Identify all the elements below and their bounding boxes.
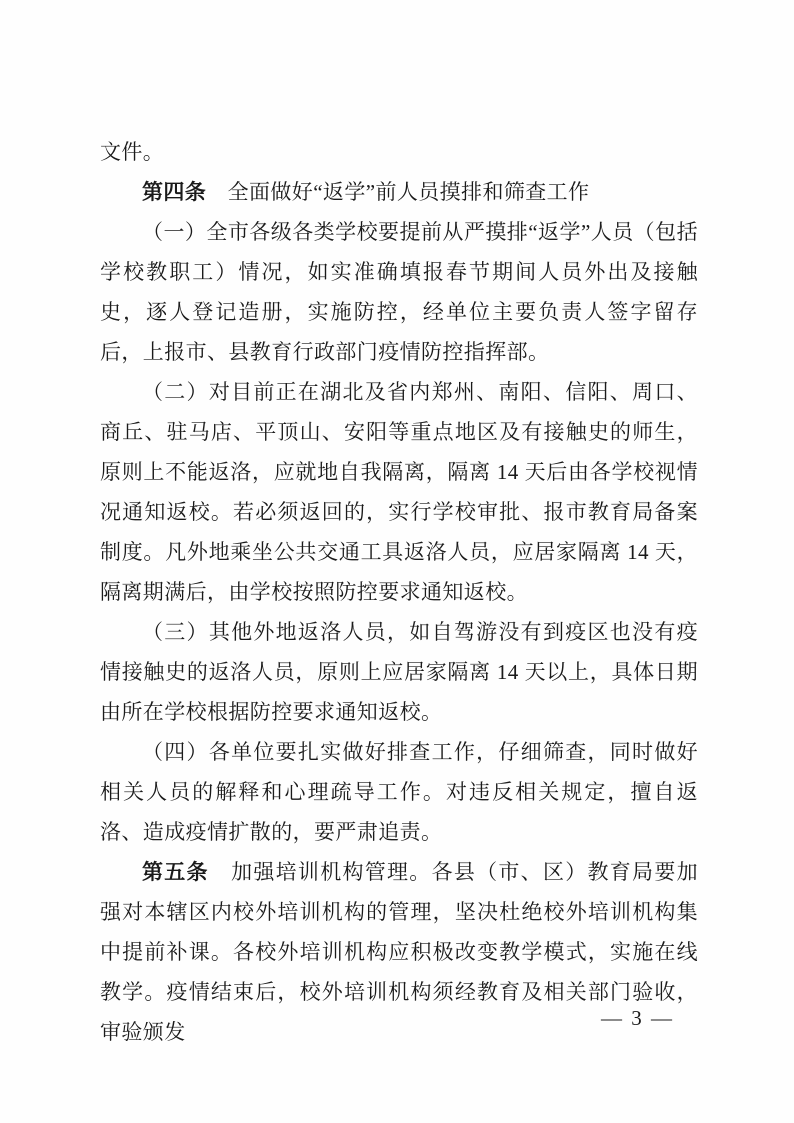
paragraph: 文件。 (100, 132, 698, 172)
paragraph: （二）对目前正在湖北及省内郑州、南阳、信阳、周口、商丘、驻马店、平顶山、安阳等重… (100, 372, 698, 612)
paragraph: 第四条 全面做好“返学”前人员摸排和筛查工作 (100, 172, 698, 212)
article-number: 第四条 (142, 180, 206, 204)
document-body: 文件。第四条 全面做好“返学”前人员摸排和筛查工作（一）全市各级各类学校要提前从… (100, 132, 698, 1052)
paragraph: （四）各单位要扎实做好排查工作，仔细筛查，同时做好相关人员的解释和心理疏导工作。… (100, 732, 698, 852)
page-number: — 3 — (601, 998, 674, 1038)
article-number: 第五条 (142, 860, 209, 884)
paragraph: （三）其他外地返洛人员，如自驾游没有到疫区也没有疫情接触史的返洛人员，原则上应居… (100, 612, 698, 732)
document-page: 文件。第四条 全面做好“返学”前人员摸排和筛查工作（一）全市各级各类学校要提前从… (0, 0, 794, 1123)
paragraph: （一）全市各级各类学校要提前从严摸排“返学”人员（包括学校教职工）情况，如实准确… (100, 212, 698, 372)
